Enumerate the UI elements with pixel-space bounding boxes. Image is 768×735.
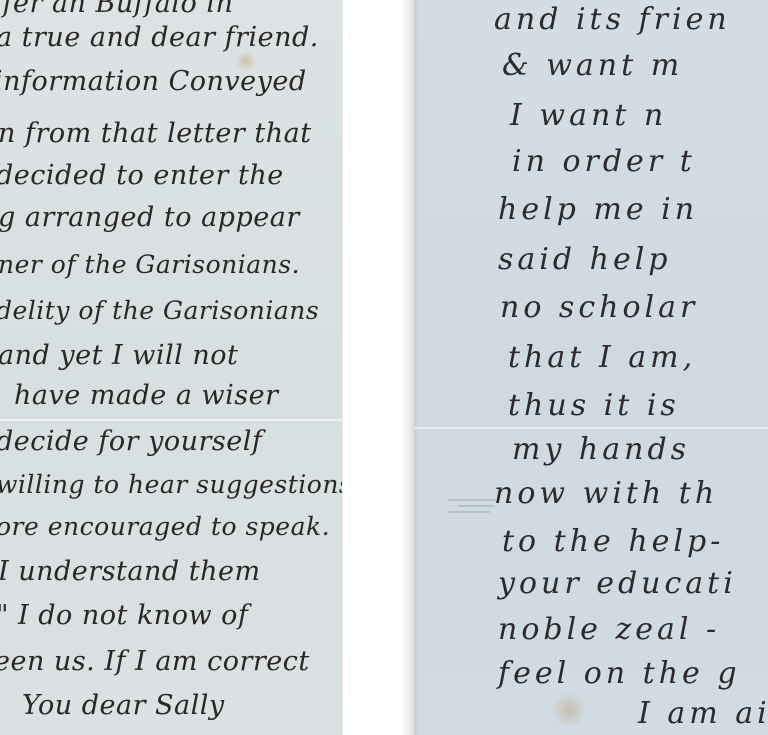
handwritten-line: I understand them — [0, 556, 261, 587]
letter-spread: ffer an Buffalo in a true and dear frien… — [0, 0, 768, 735]
handwritten-line: You dear Sally — [22, 690, 225, 721]
handwritten-line: have made a wiser — [14, 380, 279, 411]
handwritten-line: said help — [498, 242, 672, 277]
paper-fold-crease — [0, 418, 342, 421]
paper-stain — [554, 690, 584, 730]
page-gutter — [402, 0, 414, 735]
handwritten-line: n from that letter that — [0, 118, 312, 149]
handwritten-line: in order t — [512, 144, 696, 179]
handwritten-line: g arranged to appear — [0, 202, 300, 233]
handwritten-line: and yet I will not — [0, 340, 238, 371]
handwritten-line: I am ai — [638, 696, 768, 731]
handwritten-line: feel on the g — [498, 656, 741, 691]
handwritten-line: my hands — [512, 432, 690, 467]
handwritten-line: ffer an Buffalo in — [0, 0, 233, 19]
handwritten-line: een us. If I am correct — [0, 646, 310, 677]
right-letter-page: and its frien & want m I want n in order… — [414, 0, 768, 735]
handwritten-line: noble zeal - — [498, 612, 720, 647]
handwritten-line: thus it is — [508, 388, 680, 423]
paper-fold-crease — [414, 426, 768, 429]
faint-stamp-mark — [448, 495, 508, 525]
handwritten-line: willing to hear suggestions — [0, 470, 343, 499]
handwritten-line: and its frien — [494, 2, 731, 37]
handwritten-line: ore encouraged to speak. — [0, 512, 330, 541]
handwritten-line: ner of the Garisonians. — [0, 250, 300, 279]
handwritten-line: your educati — [498, 566, 737, 601]
handwritten-line: information Conveyed — [0, 66, 307, 97]
handwritten-line: help me in — [498, 192, 698, 227]
handwritten-line: to the help- — [502, 524, 724, 559]
handwritten-line: delity of the Garisonians — [0, 296, 319, 325]
handwritten-line: " I do not know of — [0, 600, 248, 631]
handwritten-line: that I am, — [508, 340, 696, 375]
handwritten-line: I want n — [510, 98, 667, 133]
left-letter-page: ffer an Buffalo in a true and dear frien… — [0, 0, 343, 735]
handwritten-line: a true and dear friend. — [0, 22, 319, 53]
handwritten-line: now with th — [494, 476, 718, 511]
handwritten-line: decided to enter the — [0, 160, 284, 191]
handwritten-line: & want m — [502, 48, 683, 83]
handwritten-line: decide for yourself — [0, 426, 262, 457]
handwritten-line: no scholar — [500, 290, 698, 325]
